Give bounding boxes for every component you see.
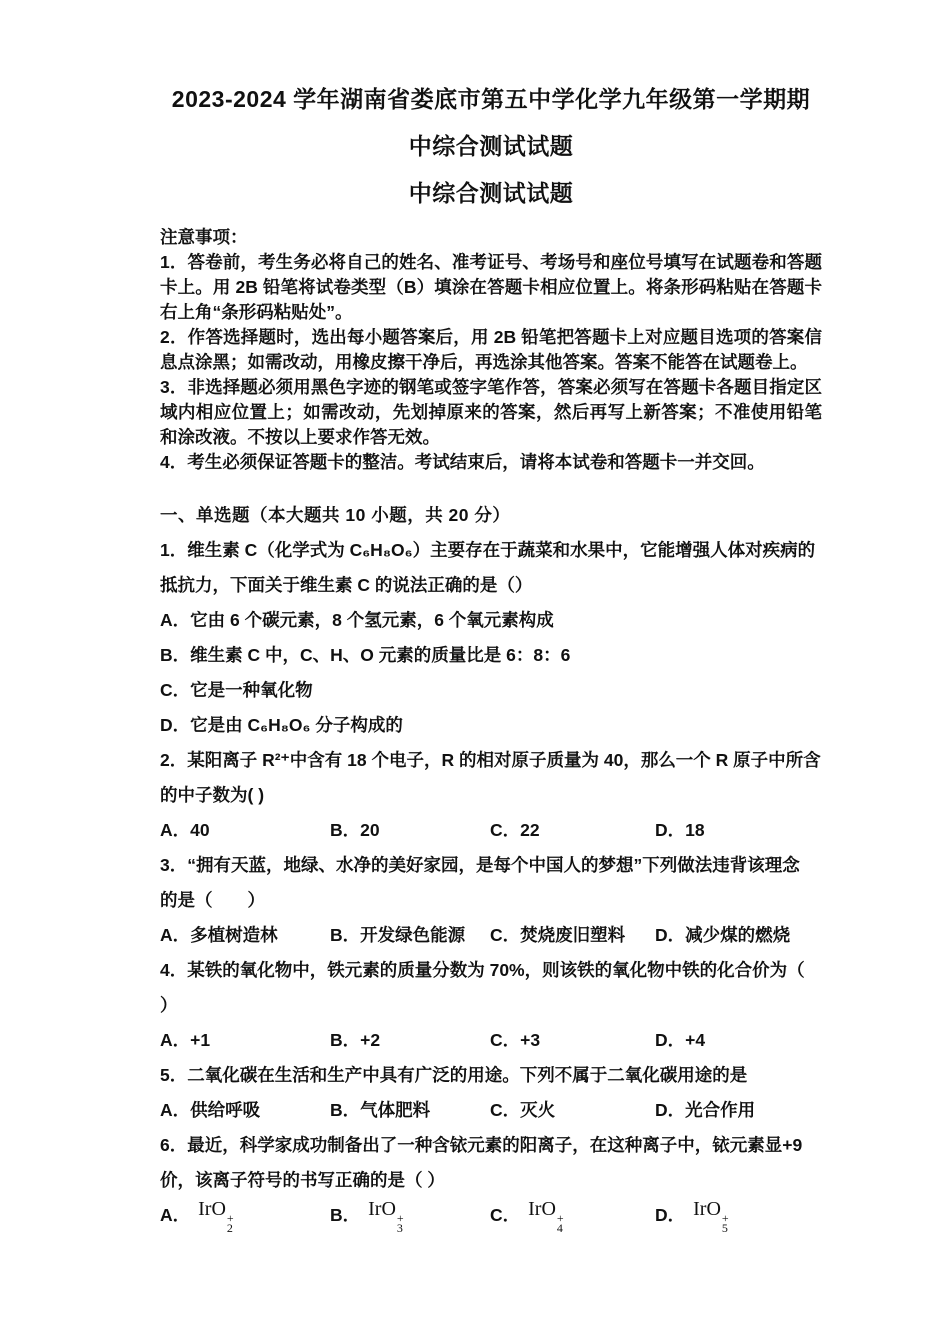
question-1: 1．维生素 C（化学式为 C₆H₈O₆）主要存在于蔬菜和水果中，它能增强人体对疾… [160, 533, 822, 743]
question-5-option-c: C．灭火 [490, 1093, 655, 1128]
ion-formula: IrO+3 [368, 1199, 404, 1233]
question-6: 6．最近，科学家成功制备出了一种含铱元素的阳离子，在这种离子中，铱元素显+9 价… [160, 1128, 822, 1239]
question-4-options: A．+1 B．+2 C．+3 D．+4 [160, 1023, 822, 1058]
notice-item-4: 4．考生必须保证答题卡的整洁。考试结束后，请将本试卷和答题卡一并交回。 [160, 450, 822, 475]
notice-section: 注意事项： 1．答卷前，考生务必将自己的姓名、准考证号、考场号和座位号填写在试题… [160, 225, 822, 475]
question-5-options: A．供给呼吸 B．气体肥料 C．灭火 D．光合作用 [160, 1093, 822, 1128]
notice-item-1: 1．答卷前，考生务必将自己的姓名、准考证号、考场号和座位号填写在试题卷和答题卡上… [160, 250, 822, 325]
question-1-option-c: C．它是一种氧化物 [160, 673, 822, 708]
formula-subscript: 3 [397, 1223, 403, 1233]
question-4-option-a: A．+1 [160, 1023, 330, 1058]
option-letter: D． [655, 1205, 685, 1225]
exam-title-block: 2023-2024 学年湖南省娄底市第五中学化学九年级第一学期期 中综合测试试题… [160, 84, 822, 208]
question-6-option-b: B．IrO+3 [330, 1198, 490, 1239]
question-2-stem-line-2: 的中子数为( ) [160, 778, 822, 813]
section-heading: 一、单选题（本大题共 10 小题，共 20 分） [160, 498, 822, 533]
question-4-stem-line-2: ） [160, 988, 822, 1023]
question-2-option-d: D．18 [655, 813, 822, 848]
question-2: 2．某阳离子 R²⁺中含有 18 个电子，R 的相对原子质量为 40，那么一个 … [160, 743, 822, 848]
notice-item-2: 2．作答选择题时，选出每小题答案后，用 2B 铅笔把答题卡上对应题目选项的答案信… [160, 325, 822, 375]
notice-item-3: 3．非选择题必须用黑色字迹的钢笔或签字笔作答，答案必须写在答题卡各题目指定区域内… [160, 375, 822, 450]
ion-formula: IrO+2 [198, 1199, 234, 1233]
question-3-stem-line-2: 的是（ ） [160, 883, 822, 918]
question-3-option-c: C．焚烧废旧塑料 [490, 918, 655, 953]
question-2-options: A．40 B．20 C．22 D．18 [160, 813, 822, 848]
question-5-option-a: A．供给呼吸 [160, 1093, 330, 1128]
question-6-option-d: D．IrO+5 [655, 1198, 822, 1239]
question-6-options: A．IrO+2 B．IrO+3 C．IrO+4 D．IrO+5 [160, 1198, 822, 1239]
option-letter: A． [160, 1205, 190, 1225]
question-6-stem-line-1: 6．最近，科学家成功制备出了一种含铱元素的阳离子，在这种离子中，铱元素显+9 [160, 1128, 822, 1163]
question-2-option-b: B．20 [330, 813, 490, 848]
formula-base: IrO [368, 1198, 396, 1220]
question-5: 5．二氧化碳在生活和生产中具有广泛的用途。下列不属于二氧化碳用途的是 A．供给呼… [160, 1058, 822, 1128]
question-3-stem-line-1: 3．“拥有天蓝，地绿、水净的美好家园，是每个中国人的梦想”下列做法违背该理念 [160, 848, 822, 883]
ion-formula: IrO+5 [693, 1199, 729, 1233]
question-4: 4．某铁的氧化物中，铁元素的质量分数为 70%，则该铁的氧化物中铁的化合价为（ … [160, 953, 822, 1058]
exam-paper-page: 2023-2024 学年湖南省娄底市第五中学化学九年级第一学期期 中综合测试试题… [0, 0, 950, 1344]
option-letter: C． [490, 1205, 520, 1225]
option-letter: B． [330, 1205, 360, 1225]
question-6-stem-line-2: 价，该离子符号的书写正确的是（ ） [160, 1163, 822, 1198]
question-1-option-a: A．它由 6 个碳元素，8 个氢元素，6 个氧元素构成 [160, 603, 822, 638]
question-1-stem-line-2: 抵抗力，下面关于维生素 C 的说法正确的是（） [160, 568, 822, 603]
question-4-stem-line-1: 4．某铁的氧化物中，铁元素的质量分数为 70%，则该铁的氧化物中铁的化合价为（ [160, 953, 822, 988]
formula-base: IrO [198, 1198, 226, 1220]
question-2-stem-line-1: 2．某阳离子 R²⁺中含有 18 个电子，R 的相对原子质量为 40，那么一个 … [160, 743, 822, 778]
question-5-stem-line-1: 5．二氧化碳在生活和生产中具有广泛的用途。下列不属于二氧化碳用途的是 [160, 1058, 822, 1093]
exam-title-line-1: 2023-2024 学年湖南省娄底市第五中学化学九年级第一学期期 [160, 84, 822, 114]
ion-formula: IrO+4 [528, 1199, 564, 1233]
question-2-option-a: A．40 [160, 813, 330, 848]
formula-base: IrO [528, 1198, 556, 1220]
exam-title-line-2: 中综合测试试题 [160, 131, 822, 161]
question-4-option-c: C．+3 [490, 1023, 655, 1058]
question-2-option-c: C．22 [490, 813, 655, 848]
formula-subscript: 2 [227, 1223, 233, 1233]
question-6-option-a: A．IrO+2 [160, 1198, 330, 1239]
question-3-options: A．多植树造林 B．开发绿色能源 C．焚烧废旧塑料 D．减少煤的燃烧 [160, 918, 822, 953]
question-3-option-a: A．多植树造林 [160, 918, 330, 953]
question-3-option-d: D．减少煤的燃烧 [655, 918, 822, 953]
formula-subscript: 5 [722, 1223, 728, 1233]
formula-subscript: 4 [557, 1223, 563, 1233]
question-4-option-b: B．+2 [330, 1023, 490, 1058]
question-3-option-b: B．开发绿色能源 [330, 918, 490, 953]
question-3: 3．“拥有天蓝，地绿、水净的美好家园，是每个中国人的梦想”下列做法违背该理念 的… [160, 848, 822, 953]
questions-section: 一、单选题（本大题共 10 小题，共 20 分） 1．维生素 C（化学式为 C₆… [160, 498, 822, 1239]
question-5-option-b: B．气体肥料 [330, 1093, 490, 1128]
question-1-options: A．它由 6 个碳元素，8 个氢元素，6 个氧元素构成 B．维生素 C 中，C、… [160, 603, 822, 743]
question-1-stem-line-1: 1．维生素 C（化学式为 C₆H₈O₆）主要存在于蔬菜和水果中，它能增强人体对疾… [160, 533, 822, 568]
question-1-option-d: D．它是由 C₆H₈O₆ 分子构成的 [160, 708, 822, 743]
exam-title-line-3: 中综合测试试题 [160, 178, 822, 208]
question-1-option-b: B．维生素 C 中，C、H、O 元素的质量比是 6：8：6 [160, 638, 822, 673]
question-5-option-d: D．光合作用 [655, 1093, 822, 1128]
question-4-option-d: D．+4 [655, 1023, 822, 1058]
formula-base: IrO [693, 1198, 721, 1220]
question-6-option-c: C．IrO+4 [490, 1198, 655, 1239]
notice-heading: 注意事项： [160, 225, 822, 250]
